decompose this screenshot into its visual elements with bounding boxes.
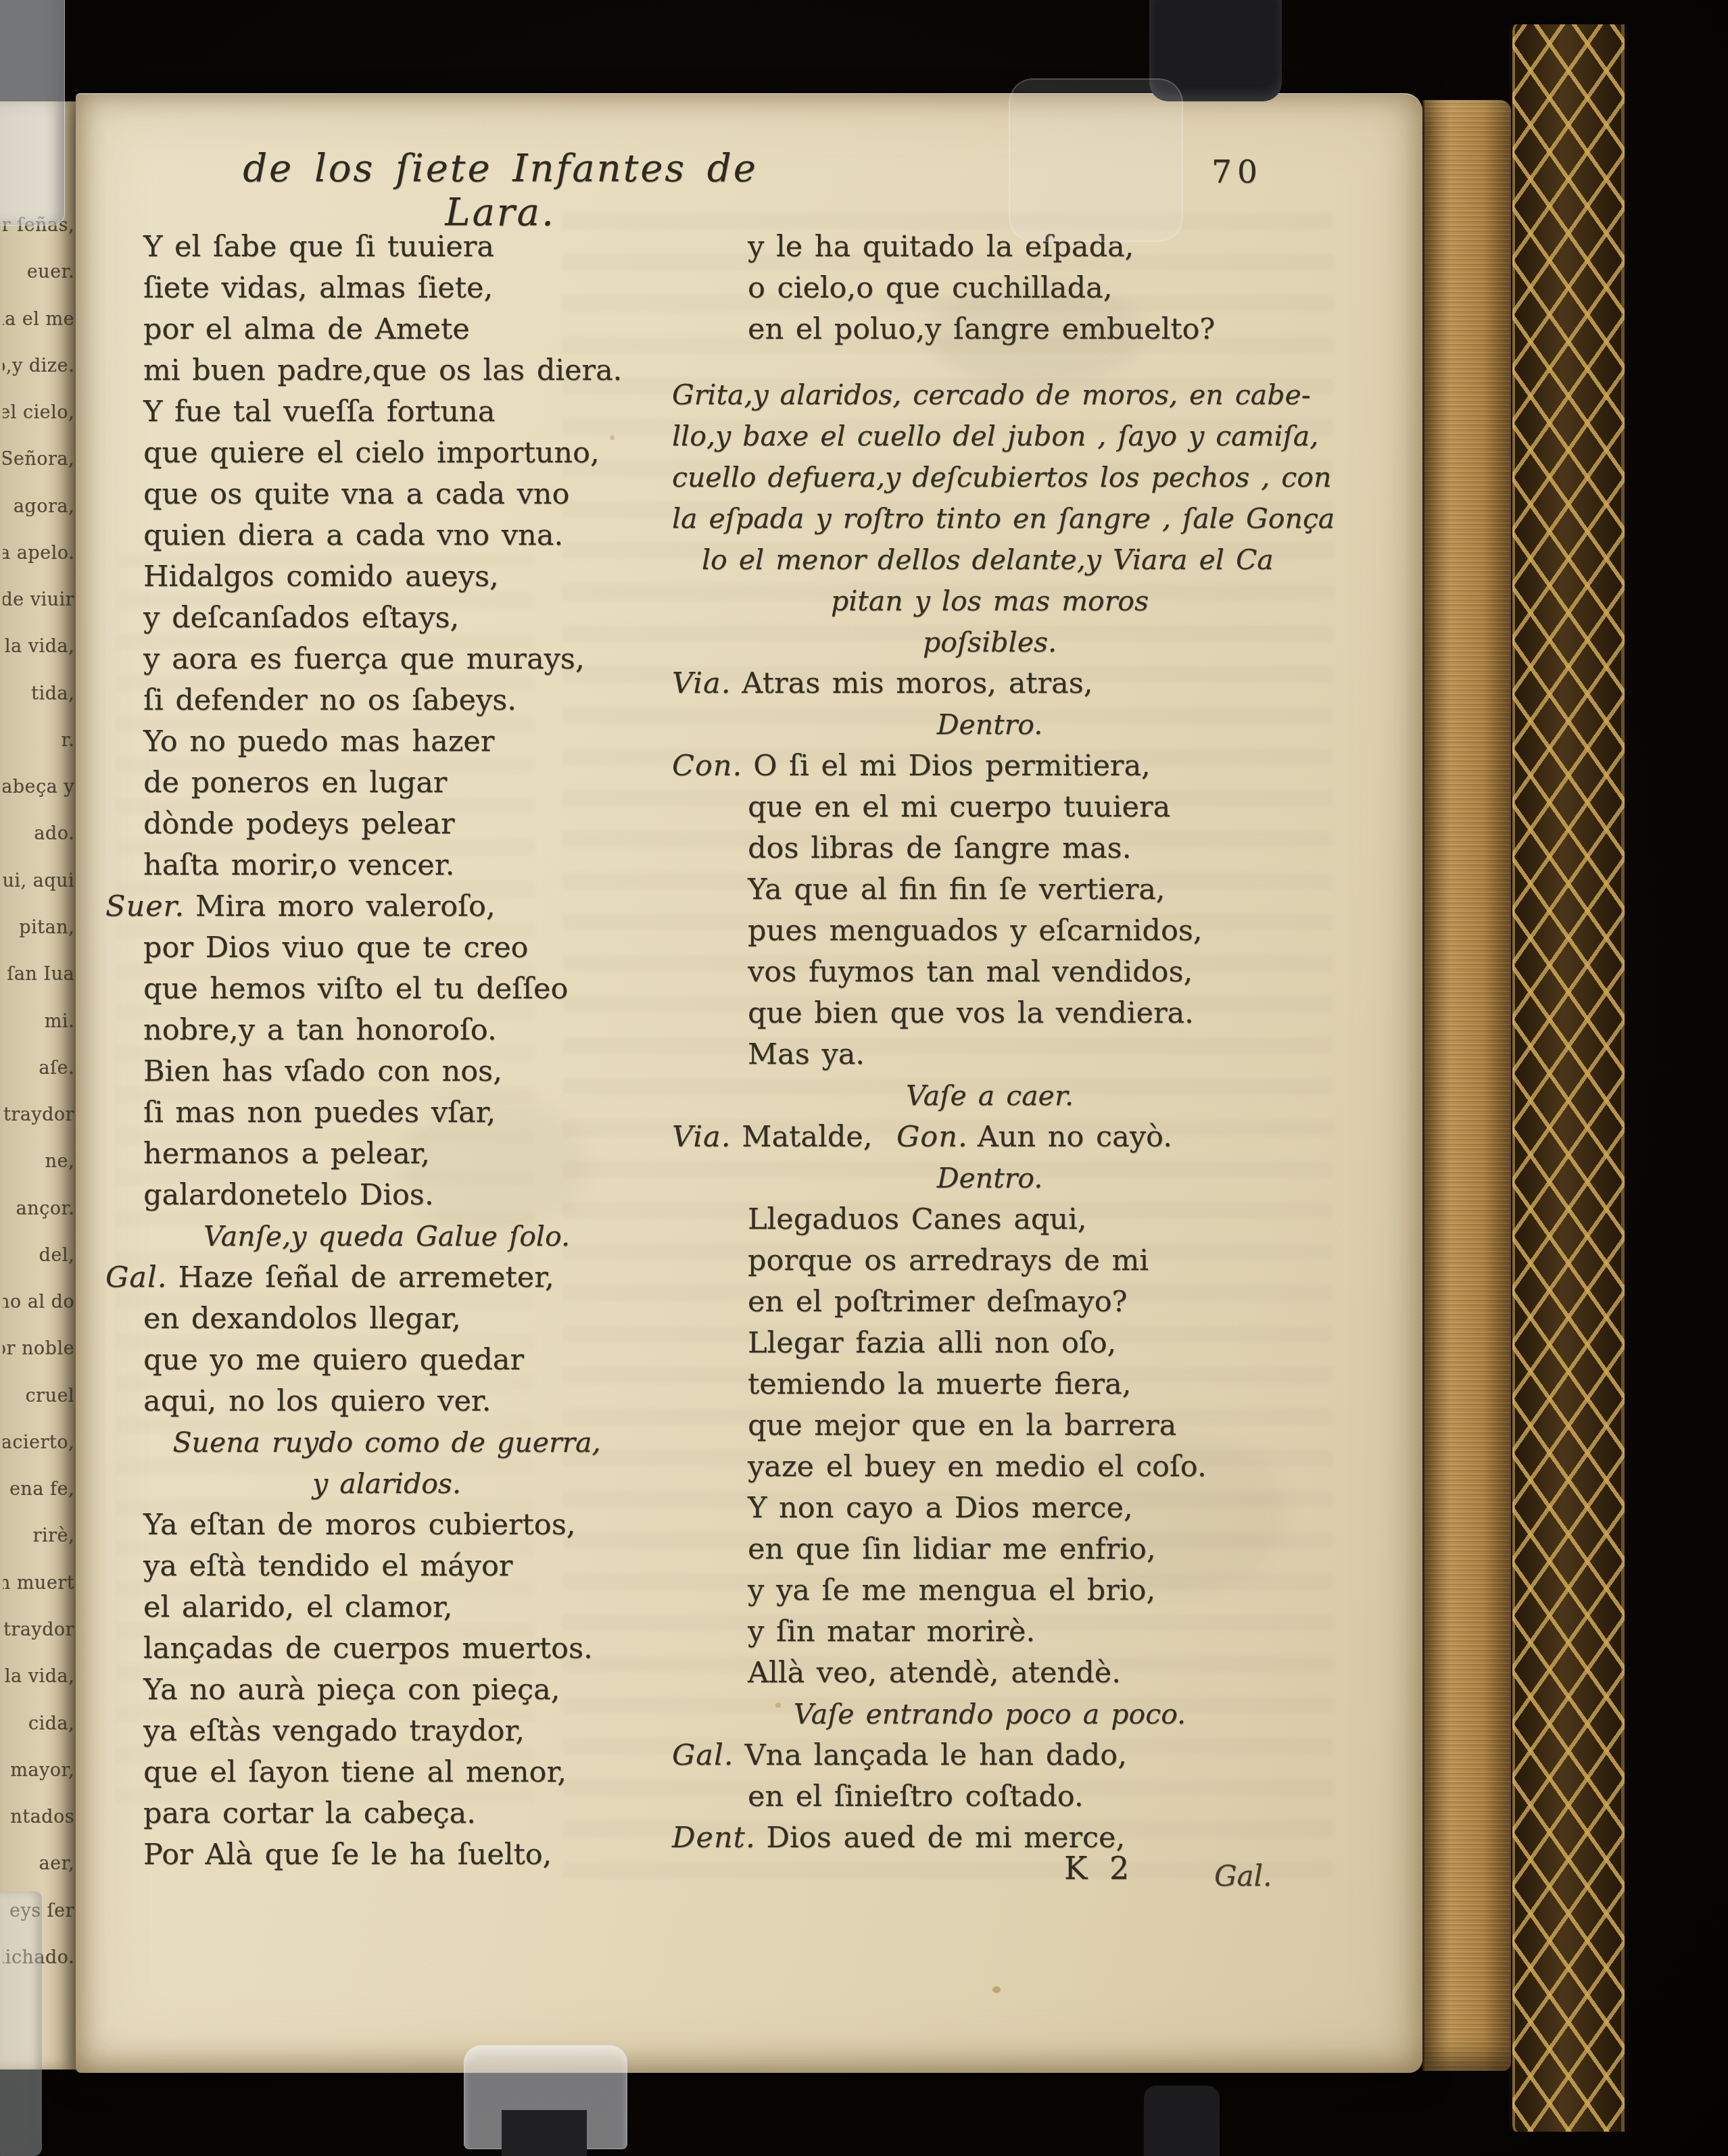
stage-direction: y alaridos. [150,1463,623,1504]
cutoff-text-fragment: cruel [3,1386,74,1406]
verse-line: Ya eſtan de moros cubiertos, [143,1504,579,1546]
cutoff-text-fragment: rirè, [3,1525,74,1546]
verse-line: quien diera a cada vno vna. [143,515,579,556]
verse-line: y deſcanſados eſtays, [143,597,579,639]
verse-line: que quiere el cielo importuno, [143,433,579,474]
cutoff-text-fragment: aſe. [3,1058,74,1079]
cutoff-text-fragment: aer, [3,1853,74,1874]
cutoff-text-fragment: ntados [3,1807,74,1828]
cutoff-text-fragment: mayor, [3,1760,74,1781]
speech-line: Dent.Dios aued de mi merce, [672,1817,1314,1859]
verse-line: aqui, no los quiero ver. [143,1381,579,1422]
verse-line: porque os arredrays de mi [748,1240,1314,1281]
speech-line: Suer.Mira moro valeroſo, [105,886,579,927]
cutoff-text-fragment: la vida, [3,636,74,657]
cutoff-text-fragment: do toma el me [3,309,74,330]
cutoff-text-fragment: euer. [3,262,74,283]
verse-line: por Dios viuo que te creo [143,927,579,969]
plastic-clip-pad-top [1009,78,1183,242]
verse-line: Y fue tal vueſſa fortuna [143,391,579,433]
cutoff-text-fragment: laran muert [3,1573,74,1594]
speaker-abbreviation: Gal. [105,1260,167,1294]
speaker-abbreviation: Dent. [672,1821,756,1855]
speech-line: Gal.Vna lançada le han dado, [672,1735,1314,1776]
verse-line: Ya que al fin fin ſe vertiera, [748,869,1314,910]
verse-line: que el ſayon tiene al menor, [143,1752,579,1793]
verse-line: y aora es fuerça que murays, [143,639,579,680]
column-gap [672,350,1314,374]
stage-direction: poſsibles. [672,622,1307,663]
cutoff-text-fragment: cida, [3,1713,74,1734]
cutoff-text-fragment: gue ſan Iua [3,964,74,985]
foxing-spot [610,435,615,440]
cutoff-text-fragment: echo al do [3,1292,74,1313]
cutoff-text-fragment: encia apelo. [3,543,74,564]
verse-line: Por Alà que ſe le ha ſuelto, [143,1834,579,1876]
verse-line: dònde podeys pelear [143,804,579,845]
verse-line: vos fuymos tan mal vendidos, [748,952,1314,993]
stage-direction: Vanſe,y queda Galue ſolo. [150,1216,623,1257]
verse-line: o cielo,o que cuchillada, [748,268,1314,309]
page-number: 70 [1190,153,1285,191]
speaker-abbreviation: Suer. [105,889,185,923]
stage-direction: cuello defuera,y deſcubiertos los pechos… [672,457,1314,498]
verse-line: que en el mi cuerpo tuuiera [748,787,1314,828]
verse-line: y ſin matar morirè. [748,1611,1314,1652]
photographed-book-page-scene: or ſeñas,euer.do toma el mealo,y dize.s … [0,0,1728,2156]
verse-line: Bien has vſado con nos, [143,1051,579,1092]
plastic-clip-bottom-left [0,1891,42,2156]
stage-direction: Dentro. [672,704,1307,745]
cutoff-text-fragment: ne, [3,1151,74,1172]
verse-line: para cortar la cabeça. [143,1793,579,1834]
cutoff-text-fragment: de viuir [3,589,74,610]
cutoff-text-fragment: or noble [3,1338,74,1359]
verse-line: haſta morir,o vencer. [143,845,579,886]
plastic-clip-top-left [0,0,65,226]
speech-line: Con.O ſi el mi Dios permitiera, [672,745,1314,787]
stage-direction: llo,y baxe el cuello del jubon , ſayo y … [672,416,1314,457]
verse-line: ſiete vidas, almas ſiete, [143,268,579,309]
verse-line: yaze el buey en medio el coſo. [748,1446,1314,1488]
speaker-abbreviation: Via. [672,666,731,700]
verse-line: ya eſtà tendido el máyor [143,1546,579,1587]
verse-line: Mas ya. [748,1034,1314,1075]
verse-line: Y non cayo a Dios merce, [748,1488,1314,1529]
verse-line: ſi defender no os ſabeys. [143,680,579,721]
verse-line: que yo me quiero quedar [143,1340,579,1381]
cutoff-text-fragment: tida, [3,683,74,704]
cutoff-text-fragment: cabeça y [3,777,74,798]
stage-direction: lo el menor dellos delante,y Viara el Ca [702,539,1314,581]
cutoff-text-fragment: r. [3,730,74,751]
verse-line: de poneros en lugar [143,762,579,804]
verse-line: mi buen padre,que os las diera. [143,350,579,391]
verse-line: en el ſinieſtro coſtado. [748,1776,1314,1817]
cutoff-text-fragment: alo,y dize. [3,356,74,376]
verse-line: en que ſin lidiar me enfrio, [748,1529,1314,1570]
stage-direction: pitan y los mas moros [672,581,1307,622]
verse-line: Llegaduos Canes aqui, [748,1199,1314,1240]
stage-direction: la eſpada y roſtro tinto en ſangre , ſal… [672,498,1314,539]
cutoff-text-fragment: ançor. [3,1198,74,1219]
verse-line: dos libras de ſangre mas. [748,828,1314,869]
cutoff-text-fragment: del, [3,1245,74,1266]
cutoff-text-fragment: s la vida, [3,1666,74,1687]
verse-line: galardonetelo Dios. [143,1175,579,1216]
speaker-abbreviation: Con. [672,749,742,783]
speaker-abbreviation: Gal. [672,1738,734,1772]
verse-line: que bien que vos la vendiera. [748,993,1314,1034]
cutoff-text-fragment: to acierto, [3,1432,74,1453]
verse-line: Y el ſabe que ſi tuuiera [143,226,579,268]
verse-line: y ya ſe me mengua el brio, [748,1570,1314,1611]
verse-line: nobre,y a tan honoroſo. [143,1010,579,1051]
verse-line: hermanos a pelear, [143,1133,579,1175]
speaker-abbreviation: Gon. [896,1120,968,1154]
cutoff-text-fragment: mi. [3,1011,74,1032]
verse-line: Llegar fazia alli non oſo, [748,1323,1314,1364]
speech-line: Gal.Haze ſeñal de arremeter, [105,1257,579,1298]
running-title: de los ſiete Infantes de Lara. [230,147,771,235]
verse-line: Hidalgos comido aueys, [143,556,579,597]
speech-line: Via.Matalde, Gon.Aun no cayò. [672,1117,1314,1158]
facing-page-edge: or ſeñas,euer.do toma el mealo,y dize.s … [0,101,80,2069]
verse-line: en el poſtrimer deſmayo? [748,1281,1314,1323]
verse-line: Yo no puedo mas hazer [143,721,579,762]
verse-line: Allà veo, atendè, atendè. [748,1652,1314,1694]
cutoff-text-fragment: Señora, [3,449,74,470]
clamp-arm-bottom-right [1144,2086,1220,2156]
gilt-fore-edge [1422,100,1511,2071]
verse-line: en dexandolos llegar, [143,1298,579,1340]
cutoff-text-fragment: pitan, [3,917,74,938]
foxing-spot [992,1986,1001,1993]
stage-direction: Vaſe a caer. [672,1075,1307,1117]
verse-line: el alarido, el clamor, [143,1587,579,1628]
verse-line: que os quite vna a cada vno [143,474,579,515]
verse-line: ya eſtàs vengado traydor, [143,1711,579,1752]
cutoff-text-fragment: r traydor [3,1619,74,1640]
speech-line: Via.Atras mis moros, atras, [672,663,1314,704]
stage-direction: Suena ruydo como de guerra, [150,1422,623,1463]
cutoff-text-fragment: qui, aqui [3,871,74,891]
verse-line: Ya no aurà pieça con pieça, [143,1669,579,1711]
stage-direction: Grita,y alaridos, cercado de moros, en c… [672,374,1314,416]
verse-line: lançadas de cuerpos muertos. [143,1628,579,1669]
right-text-column: y le ha quitado la eſpada,o cielo,o que … [672,226,1314,1859]
facing-page-text-fragments: or ſeñas,euer.do toma el mealo,y dize.s … [3,215,74,1968]
catchword: Gal. [1214,1859,1272,1892]
speaker-abbreviation: Via. [672,1120,731,1154]
cutoff-text-fragment: s del cielo, [3,402,74,423]
verse-line: ſi mas non puedes vſar, [143,1092,579,1133]
verse-line: pues menguados y eſcarnidos, [748,910,1314,952]
verse-line: en el poluo,y ſangre embuelto? [748,309,1314,350]
book-page: de los ſiete Infantes de Lara. 70 Y el ſ… [76,93,1422,2073]
gold-tooled-cover-edge [1509,24,1629,2132]
cutoff-text-fragment: ena fe, [3,1479,74,1500]
stage-direction: Vaſe entrando poco a poco. [672,1694,1307,1735]
stage-direction: Dentro. [672,1158,1307,1199]
signature-mark: K 2 [1064,1850,1129,1886]
clamp-arm-bottom-center [502,2110,587,2156]
left-text-column: Y el ſabe que ſi tuuieraſiete vidas, alm… [105,226,579,1876]
cutoff-text-fragment: el traydor [3,1104,74,1125]
cutoff-text-fragment: ado. [3,823,74,844]
verse-line: que mejor que en la barrera [748,1405,1314,1446]
verse-line: temiendo la muerte fiera, [748,1364,1314,1405]
verse-line: por el alma de Amete [143,309,579,350]
verse-line: que hemos viſto el tu deſſeo [143,969,579,1010]
cutoff-text-fragment: agora, [3,496,74,517]
